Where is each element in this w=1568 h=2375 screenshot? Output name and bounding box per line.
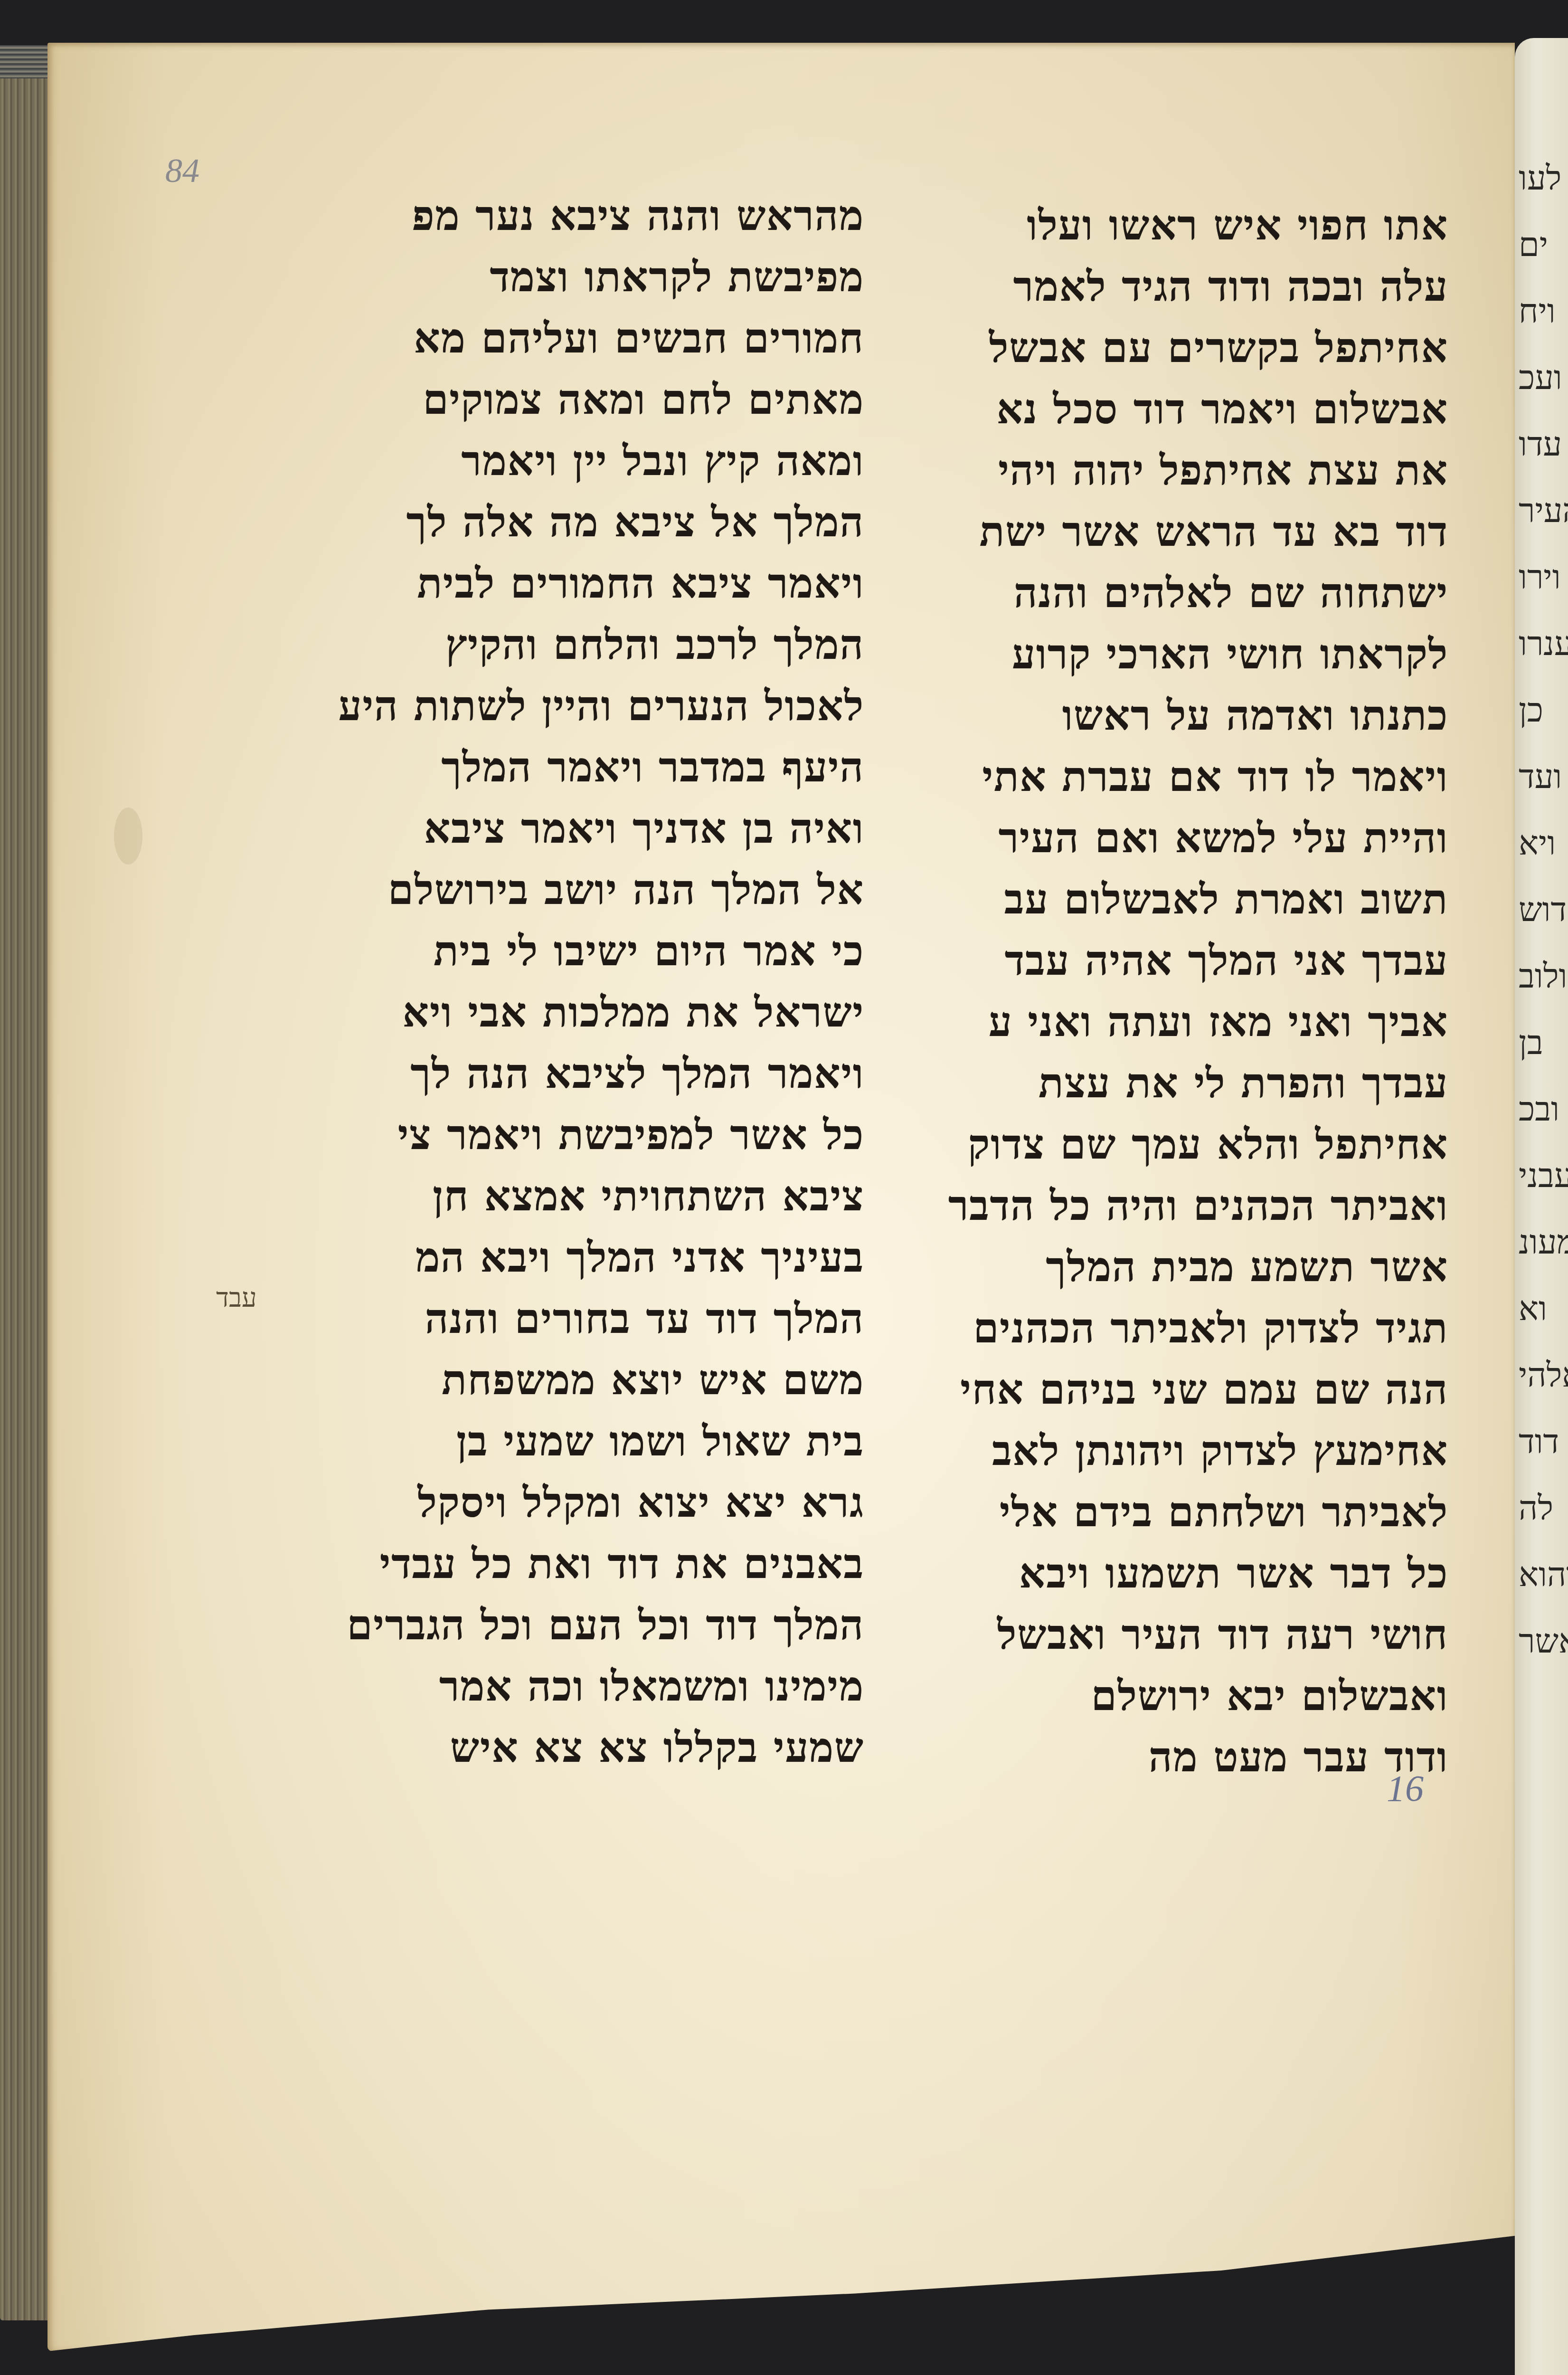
text-line: חמורים חבשים ועליהם מא	[304, 308, 864, 369]
text-line: גרא יצא יצוא ומקלל ויסקל	[304, 1472, 864, 1533]
text-line: לאביתר ושלחתם בידם אלי	[945, 1482, 1448, 1543]
text-line: את עצת אחיתפל יהוה ויהי	[945, 440, 1448, 501]
text-line: הנה שם עמם שני בניהם אחי	[945, 1359, 1448, 1420]
text-line: ויאמר המלך לציבא הנה לך	[304, 1043, 864, 1104]
adjacent-page-fragment: אלהי	[1519, 1358, 1568, 1392]
text-line: אחיתפל בקשרים עם אבשל	[945, 317, 1448, 379]
parchment-stain	[114, 807, 142, 864]
text-line: חושי רעה דוד העיר ואבשל	[945, 1604, 1448, 1665]
book-block-edge	[0, 45, 47, 2320]
adjacent-page-fragment: בן	[1519, 1026, 1543, 1059]
adjacent-page-fragment: ולוב	[1519, 959, 1567, 993]
text-line: מאתים לחם ומאה צמוקים	[304, 369, 864, 430]
text-line: אביך ואני מאז ועתה ואני ע	[945, 991, 1448, 1053]
text-line: כתנתו ואדמה על ראשו	[945, 685, 1448, 746]
text-line: ציבא השתחויתי אמצא חן	[304, 1166, 864, 1227]
text-line: משם איש יוצא ממשפחת	[304, 1349, 864, 1411]
text-line: והיית עלי למשא ואם העיר	[945, 807, 1448, 869]
text-line: אשר תשמע מבית המלך	[945, 1236, 1448, 1298]
text-line: באבנים את דוד ואת כל עבדי	[304, 1533, 864, 1595]
adjacent-page-fragment: העיר	[1519, 494, 1568, 527]
text-line: ישתחוה שם לאלהים והנה	[945, 562, 1448, 624]
text-line: כל דבר אשר תשמעו ויבא	[945, 1543, 1448, 1604]
text-line: ישראל את ממלכות אבי ויא	[304, 982, 864, 1043]
text-line: המלך אל ציבא מה אלה לך	[304, 492, 864, 553]
adjacent-page-fragment: ועכ	[1519, 361, 1562, 394]
text-line: אל המלך הנה יושב בירושלם	[304, 859, 864, 921]
adjacent-page-fragment: ובכ	[1519, 1092, 1559, 1126]
text-line: כי אמר היום ישיבו לי בית	[304, 921, 864, 982]
adjacent-page-fragment: אשר	[1519, 1624, 1568, 1658]
margin-note: עבד	[216, 1282, 257, 1313]
adjacent-page-fragment: ועד	[1519, 760, 1562, 793]
adjacent-page-fragment: ויא	[1519, 826, 1556, 860]
text-line: מהראש והנה ציבא נער מפ	[304, 185, 864, 247]
adjacent-page-fragment: והוא	[1519, 1558, 1568, 1591]
text-line: מימינו ומשמאלו וכה אמר	[304, 1656, 864, 1717]
text-line: מפיבשת לקראתו וצמד	[304, 247, 864, 308]
text-line: המלך לרכב והלחם והקיץ	[304, 614, 864, 675]
adjacent-page-fragment: וירו	[1519, 560, 1561, 594]
text-line: אתו חפוי איש ראשו ועלו	[945, 195, 1448, 256]
adjacent-page-fragment: ים	[1519, 228, 1548, 261]
adjacent-page-edge: לעויםויחועכעדוהעירוירוענרוכןועדויאהדושול…	[1515, 38, 1568, 2375]
text-line: ויאמר לו דוד אם עברת אתי	[945, 746, 1448, 807]
text-line: ואביתר הכהנים והיה כל הדבר	[945, 1175, 1448, 1236]
text-line: ואיה בן אדניך ויאמר ציבא	[304, 798, 864, 859]
text-column-right: אתו חפוי איש ראשו ועלועלה ובכה ודוד הגיד…	[945, 195, 1448, 1788]
folio-number: 84	[165, 151, 199, 190]
text-line: תגיד לצדוק ולאביתר הכהנים	[945, 1298, 1448, 1359]
adjacent-page-fragment: לעו	[1519, 161, 1561, 195]
text-line: בית שאול ושמו שמעי בן	[304, 1411, 864, 1472]
text-line: עבדך אני המלך אהיה עבד	[945, 930, 1448, 991]
text-line: עבדך והפרת לי את עצת	[945, 1053, 1448, 1114]
text-line: שמעי בקללו צא צא איש	[304, 1717, 864, 1778]
text-line: המלך דוד וכל העם וכל הגברים	[304, 1595, 864, 1656]
adjacent-page-fragment: ענרו	[1519, 627, 1568, 660]
binding-top	[0, 45, 47, 78]
text-line: לקראתו חושי הארכי קרוע	[945, 624, 1448, 685]
text-line: אחיתפל והלא עמך שם צדוק	[945, 1114, 1448, 1175]
text-line: ואבשלום יבא ירושלם	[945, 1665, 1448, 1727]
adjacent-page-fragment: עבני	[1519, 1159, 1568, 1192]
adjacent-page-fragment: הדוש	[1519, 893, 1568, 926]
text-line: ודוד עבר מעט מה	[945, 1727, 1448, 1788]
text-line: כל אשר למפיבשת ויאמר צי	[304, 1104, 864, 1166]
text-line: בעיניך אדני המלך ויבא המ	[304, 1227, 864, 1288]
adjacent-page-fragment: מעונ	[1519, 1225, 1568, 1259]
text-line: המלך דוד עד בחורים והנה	[304, 1288, 864, 1349]
text-line: היעף במדבר ויאמר המלך	[304, 737, 864, 798]
text-line: לאכול הנערים והיין לשתות היע	[304, 675, 864, 737]
text-line: אבשלום ויאמר דוד סכל נא	[945, 379, 1448, 440]
adjacent-page-fragment: עדו	[1519, 427, 1562, 461]
text-column-left: מהראש והנה ציבא נער מפמפיבשת לקראתו וצמד…	[304, 185, 864, 1778]
text-line: עלה ובכה ודוד הגיד לאמר	[945, 256, 1448, 317]
adjacent-page-fragment: דוד	[1519, 1425, 1559, 1458]
text-line: אחימעץ לצדוק ויהונתן לאב	[945, 1420, 1448, 1482]
adjacent-page-fragment: ויח	[1519, 294, 1556, 328]
text-line: תשוב ואמרת לאבשלום עב	[945, 869, 1448, 930]
adjacent-page-fragment: כן	[1519, 693, 1543, 727]
text-line: דוד בא עד הראש אשר ישת	[945, 501, 1448, 562]
text-line: ויאמר ציבא החמורים לבית	[304, 553, 864, 614]
text-line: ומאה קיץ ונבל יין ויאמר	[304, 430, 864, 492]
adjacent-page-fragment: לה	[1519, 1491, 1553, 1525]
adjacent-page-fragment: וא	[1519, 1292, 1547, 1325]
